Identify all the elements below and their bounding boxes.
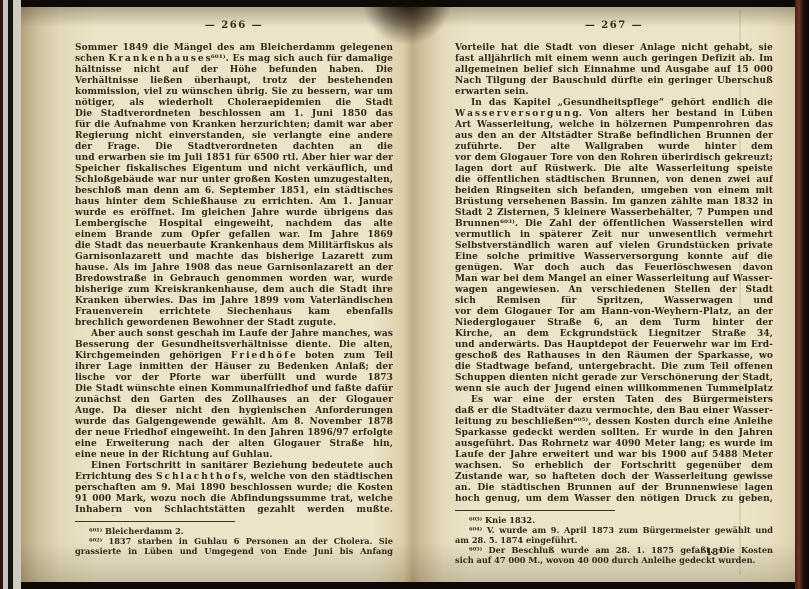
text-line: zuführte. Der alte Wallgraben wurde hint… xyxy=(455,142,773,153)
text-line: die Stadt das neuerbaute Krankenhaus dem… xyxy=(75,241,393,252)
text-line: wurde das Galgengewende gewählt. Am 8. N… xyxy=(75,417,393,428)
text-line: Inhabern von Schlachtstätten gezahlt wer… xyxy=(75,505,393,516)
text-line: vor dem Glogauer Tor am Hann-von-Weyhern… xyxy=(455,307,773,318)
text-line: Aber auch sonst geschah im Laufe der Jah… xyxy=(75,329,393,340)
text-line: lagen dort auf Rüstwerk. Die alte Wasser… xyxy=(455,164,773,175)
footnote-line: grassierte in Lüben und Umgegend von End… xyxy=(75,546,393,556)
text-line: fast alljährlich mit einem wenn auch ger… xyxy=(455,54,773,65)
text-line: der Frage. Die Stadtverordneten dachten … xyxy=(75,142,393,153)
text-line: Kirchgemeinden gehörigen F r i e d h ö f… xyxy=(75,351,393,362)
footnote-line: ⁶⁰¹⁾ Bleicherdamm 2. xyxy=(75,526,393,536)
text-line: Die Stadtverordneten beschlossen am 1. J… xyxy=(75,109,393,120)
text-line: beschloß man denn am 6. September 1851, … xyxy=(75,186,393,197)
text-line: wenn sie auch der Jugend einen willkomme… xyxy=(455,384,773,395)
text-line: Vorteile hat die Stadt von dieser Anlage… xyxy=(455,43,773,54)
text-line: und anderwärts. Das Hauptdepot der Feuer… xyxy=(455,340,773,351)
text-line: Garnisonlazarett und machte das bisherig… xyxy=(75,252,393,263)
text-line: hause. Als im Jahre 1908 das neue Garnis… xyxy=(75,263,393,274)
text-line: zunächst den Garten des Zollhauses an de… xyxy=(75,395,393,406)
book-scan: — 266 — Sommer 1849 die Mängel des am Bl… xyxy=(0,0,809,589)
text-line: Verhältnisse ließen überhaupt, trotz der… xyxy=(75,76,393,87)
text-line: für die Aufnahme von Kranken herzurichte… xyxy=(75,120,393,131)
text-line: die öffentlichen städtischen Brunnen, vo… xyxy=(455,175,773,186)
text-line: Sparkasse gedeckt werden sollten. Er wur… xyxy=(455,428,773,439)
text-line: Laufe der Jahre erweitert und war bis 19… xyxy=(455,450,773,461)
text-line: lische vor der Pforte war überfüllt und … xyxy=(75,373,393,384)
text-line: Selbstverständlich waren auf vielen Grun… xyxy=(455,241,773,252)
text-line: Regierung nicht einverstanden, sie verla… xyxy=(75,131,393,142)
text-line: Art Wasserleitung, welche in hölzernen P… xyxy=(455,120,773,131)
text-line: aus den an der Altstädter Straße befindl… xyxy=(455,131,773,142)
text-line: sich Remisen für Spritzen, Wasserwagen u… xyxy=(455,296,773,307)
page-number: — 266 — xyxy=(75,20,393,31)
text-line: Die Stadt wünschte einen Kommunalfriedho… xyxy=(75,384,393,395)
book-edge-bottom xyxy=(21,582,795,589)
book-edge-right xyxy=(795,0,809,589)
text-line: W a s s e r v e r s o r g u n g. Von alt… xyxy=(455,109,773,120)
footnotes: ⁶⁰¹⁾ Bleicherdamm 2.⁶⁰²⁾ 1837 starben in… xyxy=(75,526,393,556)
text-line: hoch genug, um dem Wasser den nötigen Dr… xyxy=(455,494,773,505)
text-line: Nach Tilgung der Bauschuld dürfte ein ge… xyxy=(455,76,773,87)
text-line: ihrer Lage inmitten der Häuser zu Bedenk… xyxy=(75,362,393,373)
text-line: Besserung der Gesundheitsverhältnisse di… xyxy=(75,340,393,351)
footnote-rule xyxy=(75,521,235,522)
text-line: Zustande war, so hafteten doch der Wasse… xyxy=(455,472,773,483)
text-line: eine neue in der Richtung auf Guhlau. xyxy=(75,450,393,461)
text-line: Eine solche primitive Wasserversorgung k… xyxy=(455,252,773,263)
text-line: Stadt 2 Zisternen, 5 kleinere Wasserbehä… xyxy=(455,208,773,219)
text-line: beiden Ringseiten sich befanden, umgeben… xyxy=(455,186,773,197)
text-line: Kirche, an dem Eckgrundstück Liegnitzer … xyxy=(455,329,773,340)
text-line: Brunnen⁶⁰³⁾. Die Zahl der öffentlichen W… xyxy=(455,219,773,230)
text-line: geschoß des Rathauses in den Räumen der … xyxy=(455,351,773,362)
signature-mark: 18* xyxy=(706,548,723,558)
text-line: nötiger, als wiederholt Choleraepidemien… xyxy=(75,98,393,109)
text-line: daß er die Stadtväter dazu vermochte, de… xyxy=(455,406,773,417)
text-line: Frauenverein errichtete Siechenhaus kam … xyxy=(75,307,393,318)
footnote-line: sich auf 47 000 M., wovon 40 000 durch A… xyxy=(455,555,773,565)
text-line: Speicher fiskalisches Eigentum und nicht… xyxy=(75,164,393,175)
footnote-line: ⁶⁰⁵⁾ Der Beschluß wurde am 28. 1. 1875 g… xyxy=(455,545,773,555)
text-line: hältnisse nicht auf der Höhe befunden ha… xyxy=(75,65,393,76)
text-line: Bredowstraße in Gebrauch genommen worden… xyxy=(75,274,393,285)
text-line: Sommer 1849 die Mängel des am Bleicherda… xyxy=(75,43,393,54)
text-line: Man war bei dem Mangel an einer Wasserle… xyxy=(455,274,773,285)
flyleaf-edge xyxy=(13,0,21,589)
text-line: an. Die städtischen Brunnen auf der Brun… xyxy=(455,483,773,494)
page-body: Sommer 1849 die Mängel des am Bleicherda… xyxy=(75,43,393,516)
text-line: ausgeführt. Das Rohrnetz war 4090 Meter … xyxy=(455,439,773,450)
text-line: Schuppen dienten nicht gerade zur Versch… xyxy=(455,373,773,384)
text-line: eine Erweiterung nach der alten Glogauer… xyxy=(75,439,393,450)
text-line: und erwarben sie im Juli 1851 für 6500 r… xyxy=(75,153,393,164)
text-line: haus hinter dem Schießhause zu errichten… xyxy=(75,197,393,208)
text-line: die Stadtwage befand, untergebracht. Die… xyxy=(455,362,773,373)
text-line: Schloßgebäude war nur unter großen Koste… xyxy=(75,175,393,186)
text-line: Niederglogauer Straße 6, an dem Turm hin… xyxy=(455,318,773,329)
text-line: wachsen. So erheblich der Fortschritt ge… xyxy=(455,461,773,472)
page-body: Vorteile hat die Stadt von dieser Anlage… xyxy=(455,43,773,505)
text-line: erwarten sein. xyxy=(455,87,773,98)
text-line: Errichtung des S c h l a c h t h o f s, … xyxy=(75,472,393,483)
page-266: — 266 — Sommer 1849 die Mängel des am Bl… xyxy=(75,20,393,576)
text-line: leitung zu beschließen⁶⁰⁵⁾, dessen Koste… xyxy=(455,417,773,428)
text-line: wagen angewiesen. An verschiedenen Stell… xyxy=(455,285,773,296)
footnote-line: ⁶⁰²⁾ 1837 starben in Guhlau 6 Personen a… xyxy=(75,536,393,546)
text-line: 91 000 Mark, wozu noch die Abfindungssum… xyxy=(75,494,393,505)
page-267: — 267 — Vorteile hat die Stadt von diese… xyxy=(455,20,773,576)
text-line: Kranken überwies. Das im Jahre 1899 vom … xyxy=(75,296,393,307)
page-number: — 267 — xyxy=(455,20,773,31)
footnote-line: ⁶⁰³⁾ Knie 1832. xyxy=(455,515,773,525)
text-line: schen K r a n k e n h a u s e s⁶⁰¹⁾. Es … xyxy=(75,54,393,65)
text-line: Einen Fortschritt in sanitärer Beziehung… xyxy=(75,461,393,472)
text-line: Brüstung versehenen Bassin. Im ganzen zä… xyxy=(455,197,773,208)
text-line: Lembergische Hospital eingeweiht, nachde… xyxy=(75,219,393,230)
text-line: perschaften am 9. Mai 1890 beschlossen w… xyxy=(75,483,393,494)
text-line: Es war eine der ersten Taten des Bürgerm… xyxy=(455,395,773,406)
text-line: bisherige zum Kreiskrankenhause, dem auc… xyxy=(75,285,393,296)
footnote-rule xyxy=(455,510,615,511)
footnotes: ⁶⁰³⁾ Knie 1832.⁶⁰⁴⁾ V. wurde am 9. April… xyxy=(455,515,773,565)
text-line: einem Brande zum Opfer gefallen war. Im … xyxy=(75,230,393,241)
text-line: genügen. War doch auch das Feuerlöschwes… xyxy=(455,263,773,274)
text-line: vor dem Glogauer Tore von den Rohren übe… xyxy=(455,153,773,164)
text-line: brechlich gewordenen Bewohner der Stadt … xyxy=(75,318,393,329)
text-line: der neue Friedhof eingeweiht. In den Jah… xyxy=(75,428,393,439)
text-line: Auge. Da dieser nicht den hygienischen A… xyxy=(75,406,393,417)
text-line: wurde es eröffnet. Im gleichen Jahre wur… xyxy=(75,208,393,219)
text-line: In das Kapitel „Gesundheitspflege“ gehör… xyxy=(455,98,773,109)
text-line: kommission, viel zu wünschen übrig. Sie … xyxy=(75,87,393,98)
footnote-line: am 28. 5. 1874 eingeführt. xyxy=(455,535,773,545)
text-line: vermutlich in späterer Zeit nur unwesent… xyxy=(455,230,773,241)
footnote-line: ⁶⁰⁴⁾ V. wurde am 9. April 1873 zum Bürge… xyxy=(455,525,773,535)
text-line: allgemeinen belief sich Einnahme und Aus… xyxy=(455,65,773,76)
